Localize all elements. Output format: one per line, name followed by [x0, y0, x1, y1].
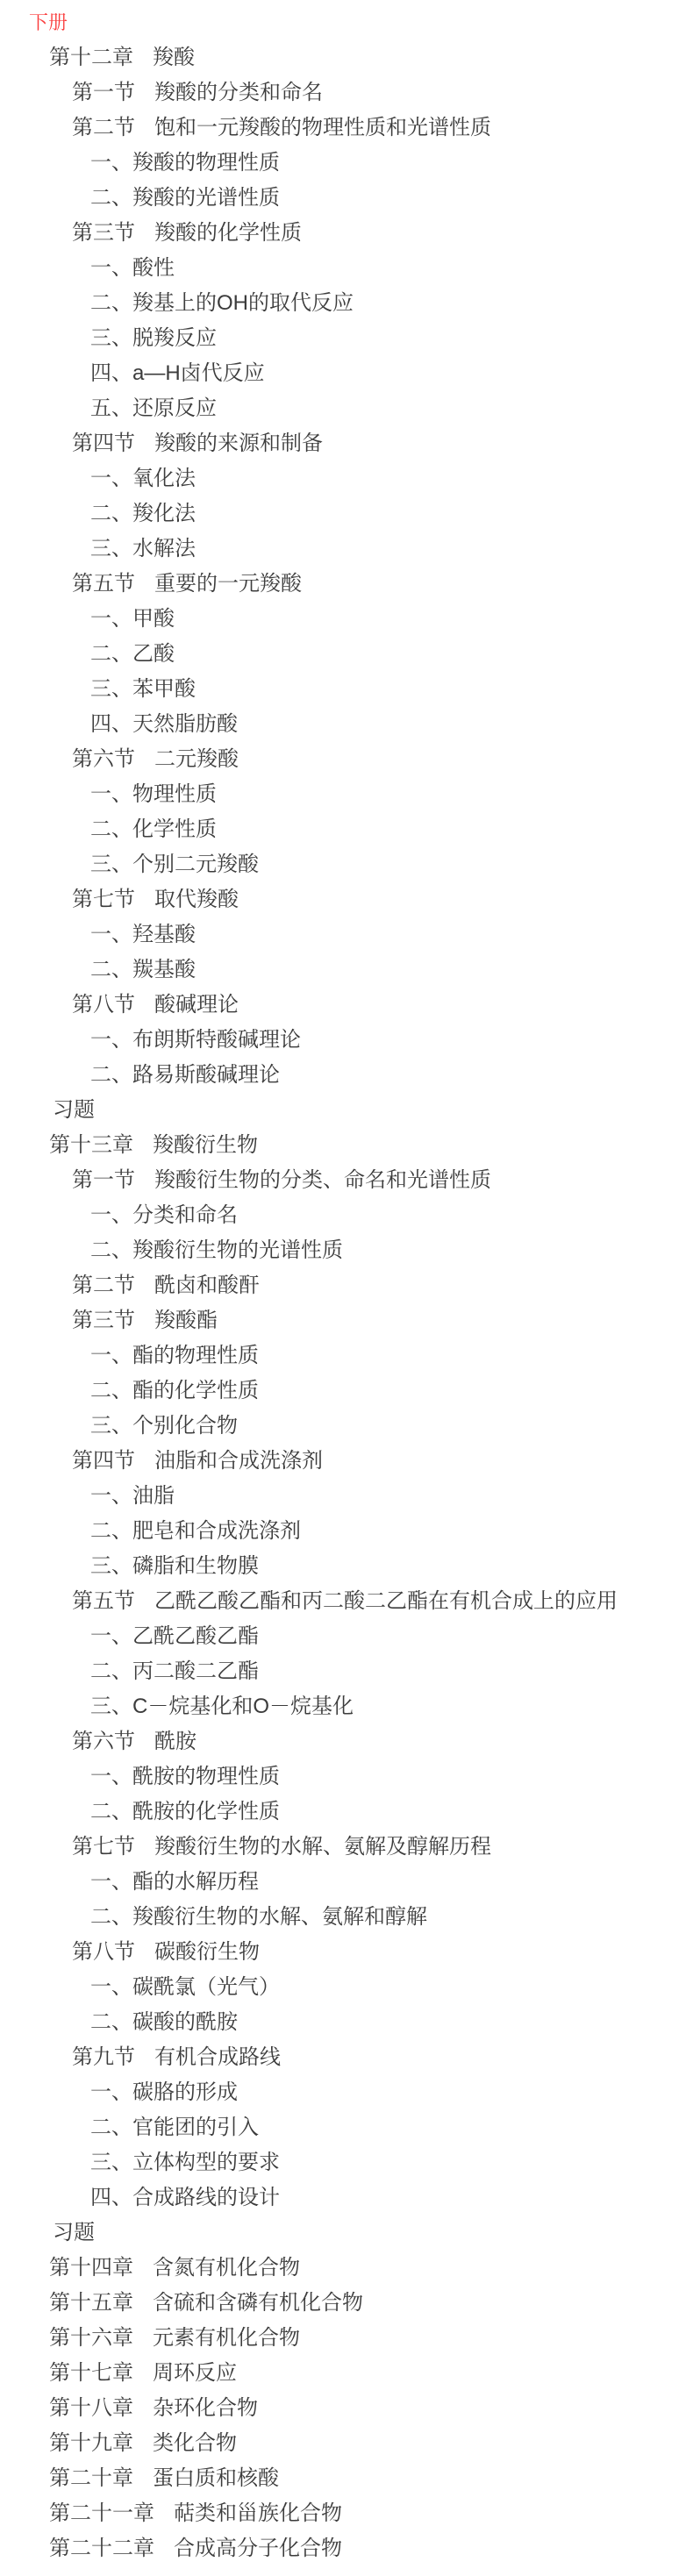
toc-item-title: 合成高分子化合物: [174, 2531, 342, 2566]
toc-item-sub: 二、羧基上的OH的取代反应: [0, 286, 693, 321]
toc-item-title: 二、化学性质: [90, 812, 217, 847]
toc-item-section: 第八节酸碱理论: [0, 988, 693, 1023]
toc-item-chapter: 第十五章含硫和含磷有机化合物: [0, 2286, 693, 2321]
toc-item-section: 第一节羧酸的分类和命名: [0, 75, 693, 111]
toc-item-title: 二、官能团的引入: [90, 2110, 259, 2145]
toc-item-sub: 一、布朗斯特酸碱理论: [0, 1023, 693, 1058]
toc-item-title: 羧酸酯: [154, 1303, 218, 1338]
toc-item-sub: 五、还原反应: [0, 391, 693, 426]
toc-item-exercise: 习题: [0, 2216, 693, 2251]
toc-item-chapter: 第二十一章萜类和甾族化合物: [0, 2496, 693, 2531]
toc-item-sub: 一、酯的物理性质: [0, 1338, 693, 1374]
toc-item-chapter: 第十三章羧酸衍生物: [0, 1128, 693, 1163]
toc-item-sub: 二、肥皂和合成洗涤剂: [0, 1514, 693, 1549]
toc-item-title: 油脂和合成洗涤剂: [154, 1444, 323, 1479]
toc-item-title: 杂环化合物: [153, 2391, 258, 2426]
toc-item-sub: 三、脱羧反应: [0, 321, 693, 356]
toc-item-title: 三、水解法: [90, 532, 196, 567]
toc-item-number: 第七节: [72, 882, 135, 917]
toc-item-title: 蛋白质和核酸: [153, 2461, 279, 2496]
toc-item-title: 一、碳酰氯（光气）: [90, 1970, 280, 2005]
toc-item-sub: 二、丙二酸二乙酯: [0, 1654, 693, 1689]
toc-item-section: 第二节酰卤和酸酐: [0, 1268, 693, 1303]
toc-item-number: 第十二章: [49, 40, 133, 75]
toc-item-sub: 二、官能团的引入: [0, 2110, 693, 2145]
toc-item-title: 含硫和含磷有机化合物: [153, 2286, 363, 2321]
toc-item-number: 第十六章: [49, 2321, 133, 2356]
toc-list: 第十二章羧酸第一节羧酸的分类和命名第二节饱和一元羧酸的物理性质和光谱性质一、羧酸…: [0, 40, 693, 2566]
toc-item-title: 一、羟基酸: [90, 917, 196, 953]
toc-item-number: 第十七章: [49, 2356, 133, 2391]
toc-item-sub: 三、C－烷基化和O－烷基化: [0, 1689, 693, 1724]
toc-item-title: 一、分类和命名: [90, 1198, 238, 1233]
toc-item-number: 第六节: [72, 1724, 135, 1759]
toc-item-sub: 二、羧化法: [0, 496, 693, 532]
toc-item-title: 一、布朗斯特酸碱理论: [90, 1023, 301, 1058]
toc-item-number: 第三节: [72, 216, 135, 251]
toc-item-title: 羧酸的分类和命名: [154, 75, 323, 111]
toc-item-title: 取代羧酸: [154, 882, 239, 917]
toc-item-title: 二、丙二酸二乙酯: [90, 1654, 259, 1689]
toc-item-chapter: 第十八章杂环化合物: [0, 2391, 693, 2426]
toc-item-title: 二、碳酸的酰胺: [90, 2005, 238, 2040]
toc-item-sub: 三、立体构型的要求: [0, 2145, 693, 2180]
volume-label: 下册: [0, 5, 693, 40]
toc-item-number: 第十八章: [49, 2391, 133, 2426]
toc-item-title: 三、立体构型的要求: [90, 2145, 280, 2180]
toc-item-title: 一、酸性: [90, 251, 175, 286]
toc-item-title: 重要的一元羧酸: [154, 567, 302, 602]
toc-item-title: 周环反应: [153, 2356, 237, 2391]
toc-item-title: 二、羧基上的OH的取代反应: [90, 286, 354, 321]
toc-item-title: 一、乙酰乙酸乙酯: [90, 1619, 259, 1654]
toc-item-chapter: 第二十章蛋白质和核酸: [0, 2461, 693, 2496]
toc-item-number: 第十三章: [49, 1128, 133, 1163]
toc-item-number: 第二十一章: [49, 2496, 154, 2531]
toc-item-chapter: 第十九章类化合物: [0, 2426, 693, 2461]
toc-item-sub: 三、磷脂和生物膜: [0, 1549, 693, 1584]
toc-item-section: 第八节碳酸衍生物: [0, 1935, 693, 1970]
toc-item-chapter: 第十二章羧酸: [0, 40, 693, 75]
toc-item-section: 第四节油脂和合成洗涤剂: [0, 1444, 693, 1479]
toc-item-title: 一、物理性质: [90, 777, 217, 812]
toc-item-chapter: 第二十二章合成高分子化合物: [0, 2531, 693, 2566]
toc-item-title: 一、油脂: [90, 1479, 175, 1514]
toc-item-title: 二、乙酸: [90, 637, 175, 672]
toc-item-title: 羧酸衍生物的水解、氨解及醇解历程: [154, 1830, 491, 1865]
toc-item-title: 一、氧化法: [90, 461, 196, 496]
toc-item-title: 羧酸衍生物的分类、命名和光谱性质: [154, 1163, 491, 1198]
toc-item-sub: 二、化学性质: [0, 812, 693, 847]
toc-item-exercise: 习题: [0, 1093, 693, 1128]
toc-item-number: 第二十二章: [49, 2531, 154, 2566]
toc-item-sub: 二、羧酸衍生物的光谱性质: [0, 1233, 693, 1268]
toc-item-sub: 四、a—H卤代反应: [0, 356, 693, 391]
toc-item-title: 一、酯的物理性质: [90, 1338, 259, 1374]
toc-item-title: 三、脱羧反应: [90, 321, 217, 356]
toc-item-title: 羧酸: [153, 40, 195, 75]
toc-item-number: 第六节: [72, 742, 135, 777]
toc-item-number: 第八节: [72, 1935, 135, 1970]
toc-item-number: 第二节: [72, 1268, 135, 1303]
toc-item-section: 第九节有机合成路线: [0, 2040, 693, 2075]
toc-item-title: 含氮有机化合物: [153, 2251, 300, 2286]
toc-item-sub: 四、天然脂肪酸: [0, 707, 693, 742]
toc-item-sub: 二、羧酸衍生物的水解、氨解和醇解: [0, 1900, 693, 1935]
toc-item-section: 第七节羧酸衍生物的水解、氨解及醇解历程: [0, 1830, 693, 1865]
toc-item-number: 第五节: [72, 567, 135, 602]
toc-item-title: 二、羧化法: [90, 496, 196, 532]
toc-item-sub: 一、酰胺的物理性质: [0, 1759, 693, 1795]
toc-item-title: 二、羰基酸: [90, 953, 196, 988]
toc-item-number: 第一节: [72, 75, 135, 111]
toc-item-sub: 二、碳酸的酰胺: [0, 2005, 693, 2040]
toc-item-sub: 一、物理性质: [0, 777, 693, 812]
toc-item-title: 羧酸的化学性质: [154, 216, 302, 251]
toc-item-sub: 三、个别二元羧酸: [0, 847, 693, 882]
toc-item-section: 第五节重要的一元羧酸: [0, 567, 693, 602]
toc-item-title: 习题: [53, 1093, 95, 1128]
toc-item-section: 第五节乙酰乙酸乙酯和丙二酸二乙酯在有机合成上的应用: [0, 1584, 693, 1619]
toc-item-title: 四、合成路线的设计: [90, 2180, 280, 2216]
toc-item-title: 一、羧酸的物理性质: [90, 146, 280, 181]
toc-item-sub: 一、分类和命名: [0, 1198, 693, 1233]
toc-item-chapter: 第十四章含氮有机化合物: [0, 2251, 693, 2286]
toc-item-sub: 一、氧化法: [0, 461, 693, 496]
toc-item-section: 第三节羧酸的化学性质: [0, 216, 693, 251]
toc-item-section: 第一节羧酸衍生物的分类、命名和光谱性质: [0, 1163, 693, 1198]
toc-item-number: 第四节: [72, 426, 135, 461]
toc-item-title: 碳酸衍生物: [154, 1935, 260, 1970]
toc-item-sub: 三、苯甲酸: [0, 672, 693, 707]
toc-item-title: 二元羧酸: [154, 742, 239, 777]
toc-item-number: 第七节: [72, 1830, 135, 1865]
toc-item-sub: 一、乙酰乙酸乙酯: [0, 1619, 693, 1654]
toc-item-title: 三、苯甲酸: [90, 672, 196, 707]
toc-item-sub: 一、碳胳的形成: [0, 2075, 693, 2110]
toc-item-title: 四、a—H卤代反应: [90, 356, 265, 391]
toc-item-title: 四、天然脂肪酸: [90, 707, 238, 742]
toc-item-title: 二、羧酸的光谱性质: [90, 181, 280, 216]
toc-item-sub: 一、酯的水解历程: [0, 1865, 693, 1900]
toc-item-number: 第十九章: [49, 2426, 133, 2461]
toc-item-title: 三、C－烷基化和O－烷基化: [90, 1689, 354, 1724]
toc-item-title: 一、碳胳的形成: [90, 2075, 238, 2110]
toc-item-title: 二、羧酸衍生物的水解、氨解和醇解: [90, 1900, 427, 1935]
toc-item-number: 第十五章: [49, 2286, 133, 2321]
toc-item-sub: 四、合成路线的设计: [0, 2180, 693, 2216]
toc-item-number: 第九节: [72, 2040, 135, 2075]
toc-item-number: 第二十章: [49, 2461, 133, 2496]
toc-item-title: 类化合物: [153, 2426, 237, 2461]
toc-item-section: 第二节饱和一元羧酸的物理性质和光谱性质: [0, 111, 693, 146]
toc-item-sub: 二、羧酸的光谱性质: [0, 181, 693, 216]
toc-item-title: 酰胺: [154, 1724, 196, 1759]
toc-item-number: 第十四章: [49, 2251, 133, 2286]
toc-item-sub: 一、甲酸: [0, 602, 693, 637]
toc-item-sub: 二、酯的化学性质: [0, 1374, 693, 1409]
toc-item-title: 一、酯的水解历程: [90, 1865, 259, 1900]
toc-item-title: 二、路易斯酸碱理论: [90, 1058, 280, 1093]
toc-item-number: 第二节: [72, 111, 135, 146]
toc-item-title: 二、羧酸衍生物的光谱性质: [90, 1233, 343, 1268]
toc-item-sub: 二、乙酸: [0, 637, 693, 672]
toc-item-sub: 一、羟基酸: [0, 917, 693, 953]
toc-item-sub: 一、油脂: [0, 1479, 693, 1514]
toc-item-title: 有机合成路线: [154, 2040, 281, 2075]
toc-item-section: 第四节羧酸的来源和制备: [0, 426, 693, 461]
toc-item-title: 一、酰胺的物理性质: [90, 1759, 280, 1795]
toc-item-sub: 一、碳酰氯（光气）: [0, 1970, 693, 2005]
toc-item-sub: 二、羰基酸: [0, 953, 693, 988]
toc-item-number: 第一节: [72, 1163, 135, 1198]
toc-item-title: 三、个别二元羧酸: [90, 847, 259, 882]
toc-item-title: 三、个别化合物: [90, 1409, 238, 1444]
toc-item-title: 饱和一元羧酸的物理性质和光谱性质: [154, 111, 491, 146]
toc-item-title: 二、酰胺的化学性质: [90, 1795, 280, 1830]
toc-item-chapter: 第十七章周环反应: [0, 2356, 693, 2391]
toc-item-number: 第八节: [72, 988, 135, 1023]
toc-item-section: 第六节二元羧酸: [0, 742, 693, 777]
toc-item-section: 第七节取代羧酸: [0, 882, 693, 917]
toc-item-sub: 一、羧酸的物理性质: [0, 146, 693, 181]
toc-item-sub: 二、酰胺的化学性质: [0, 1795, 693, 1830]
toc-item-sub: 三、水解法: [0, 532, 693, 567]
toc-item-sub: 三、个别化合物: [0, 1409, 693, 1444]
toc-item-number: 第四节: [72, 1444, 135, 1479]
toc-item-number: 第五节: [72, 1584, 135, 1619]
toc-item-sub: 二、路易斯酸碱理论: [0, 1058, 693, 1093]
toc-item-title: 羧酸的来源和制备: [154, 426, 323, 461]
toc-item-title: 元素有机化合物: [153, 2321, 300, 2356]
toc-item-title: 三、磷脂和生物膜: [90, 1549, 259, 1584]
toc-item-title: 一、甲酸: [90, 602, 175, 637]
toc-item-title: 乙酰乙酸乙酯和丙二酸二乙酯在有机合成上的应用: [154, 1584, 618, 1619]
toc-item-title: 酰卤和酸酐: [154, 1268, 260, 1303]
toc-item-title: 酸碱理论: [154, 988, 239, 1023]
toc-page: 下册 第十二章羧酸第一节羧酸的分类和命名第二节饱和一元羧酸的物理性质和光谱性质一…: [0, 0, 693, 2576]
toc-item-title: 二、肥皂和合成洗涤剂: [90, 1514, 301, 1549]
toc-item-title: 羧酸衍生物: [153, 1128, 258, 1163]
toc-item-chapter: 第十六章元素有机化合物: [0, 2321, 693, 2356]
toc-item-title: 习题: [53, 2216, 95, 2251]
toc-item-section: 第六节酰胺: [0, 1724, 693, 1759]
toc-item-sub: 一、酸性: [0, 251, 693, 286]
toc-item-title: 萜类和甾族化合物: [174, 2496, 342, 2531]
toc-item-title: 二、酯的化学性质: [90, 1374, 259, 1409]
toc-item-section: 第三节羧酸酯: [0, 1303, 693, 1338]
toc-item-number: 第三节: [72, 1303, 135, 1338]
toc-item-title: 五、还原反应: [90, 391, 217, 426]
